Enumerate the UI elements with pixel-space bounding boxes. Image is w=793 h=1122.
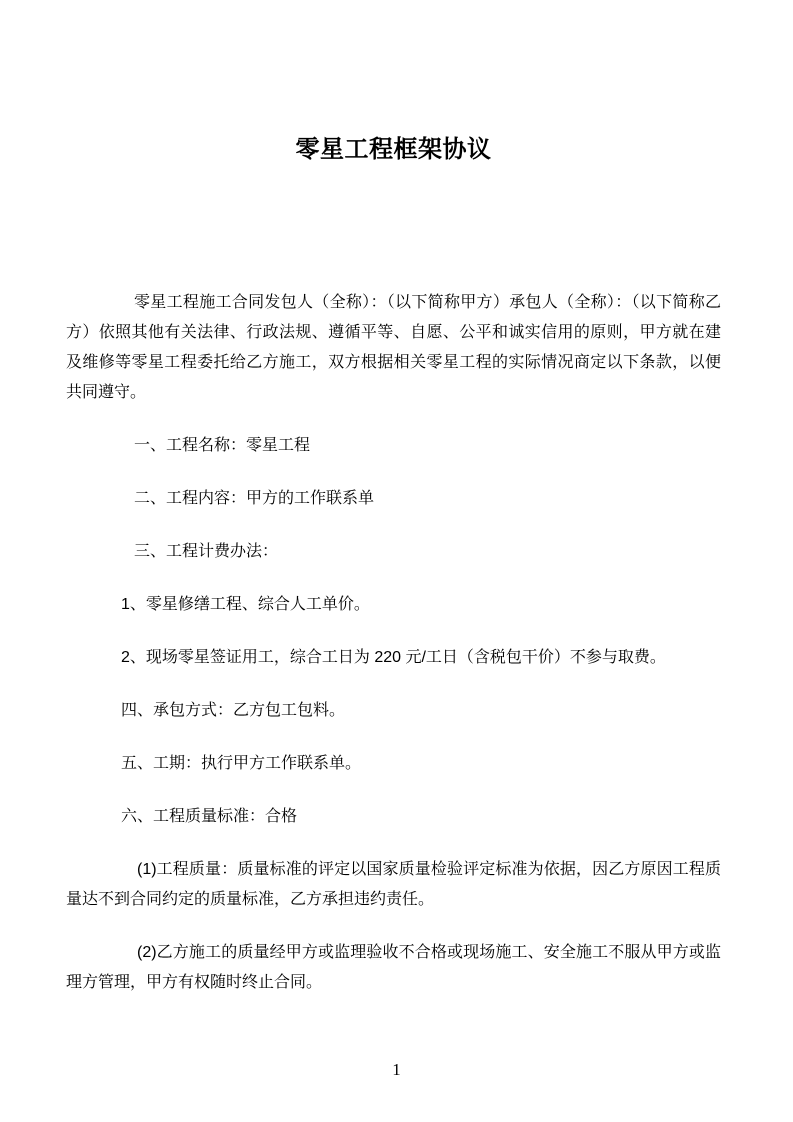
clause-1-project-name: 一、工程名称：零星工程: [66, 431, 721, 461]
intro-paragraph: 零星工程施工合同发包人（全称）：（以下简称甲方）承包人（全称）：（以下简称乙方）…: [66, 288, 721, 408]
clause-4-contract-mode: 四、承包方式：乙方包工包料。: [66, 696, 721, 726]
document-page: 零星工程框架协议 零星工程施工合同发包人（全称）：（以下简称甲方）承包人（全称）…: [0, 0, 793, 1122]
clause-6-item-1-quality: (1)工程质量：质量标准的评定以国家质量检验评定标准为依据，因乙方原因工程质量达…: [66, 855, 721, 915]
clause-2-project-content: 二、工程内容：甲方的工作联系单: [66, 484, 721, 514]
clause-3-sub-1-unit-price: 1、零星修缮工程、综合人工单价。: [66, 590, 721, 620]
clause-3-fee-method: 三、工程计费办法：: [66, 537, 721, 567]
clause-3-sub-2-day-rate: 2、现场零星签证用工，综合工日为 220 元/工日（含税包干价）不参与取费。: [66, 643, 721, 673]
document-title: 零星工程框架协议: [66, 132, 721, 168]
clause-6-quality-standard: 六、工程质量标准：合格: [66, 802, 721, 832]
clause-5-schedule: 五、工期：执行甲方工作联系单。: [66, 749, 721, 779]
page-number: 1: [0, 1058, 793, 1082]
clause-6-item-2-termination: (2)乙方施工的质量经甲方或监理验收不合格或现场施工、安全施工不服从甲方或监理方…: [66, 938, 721, 998]
